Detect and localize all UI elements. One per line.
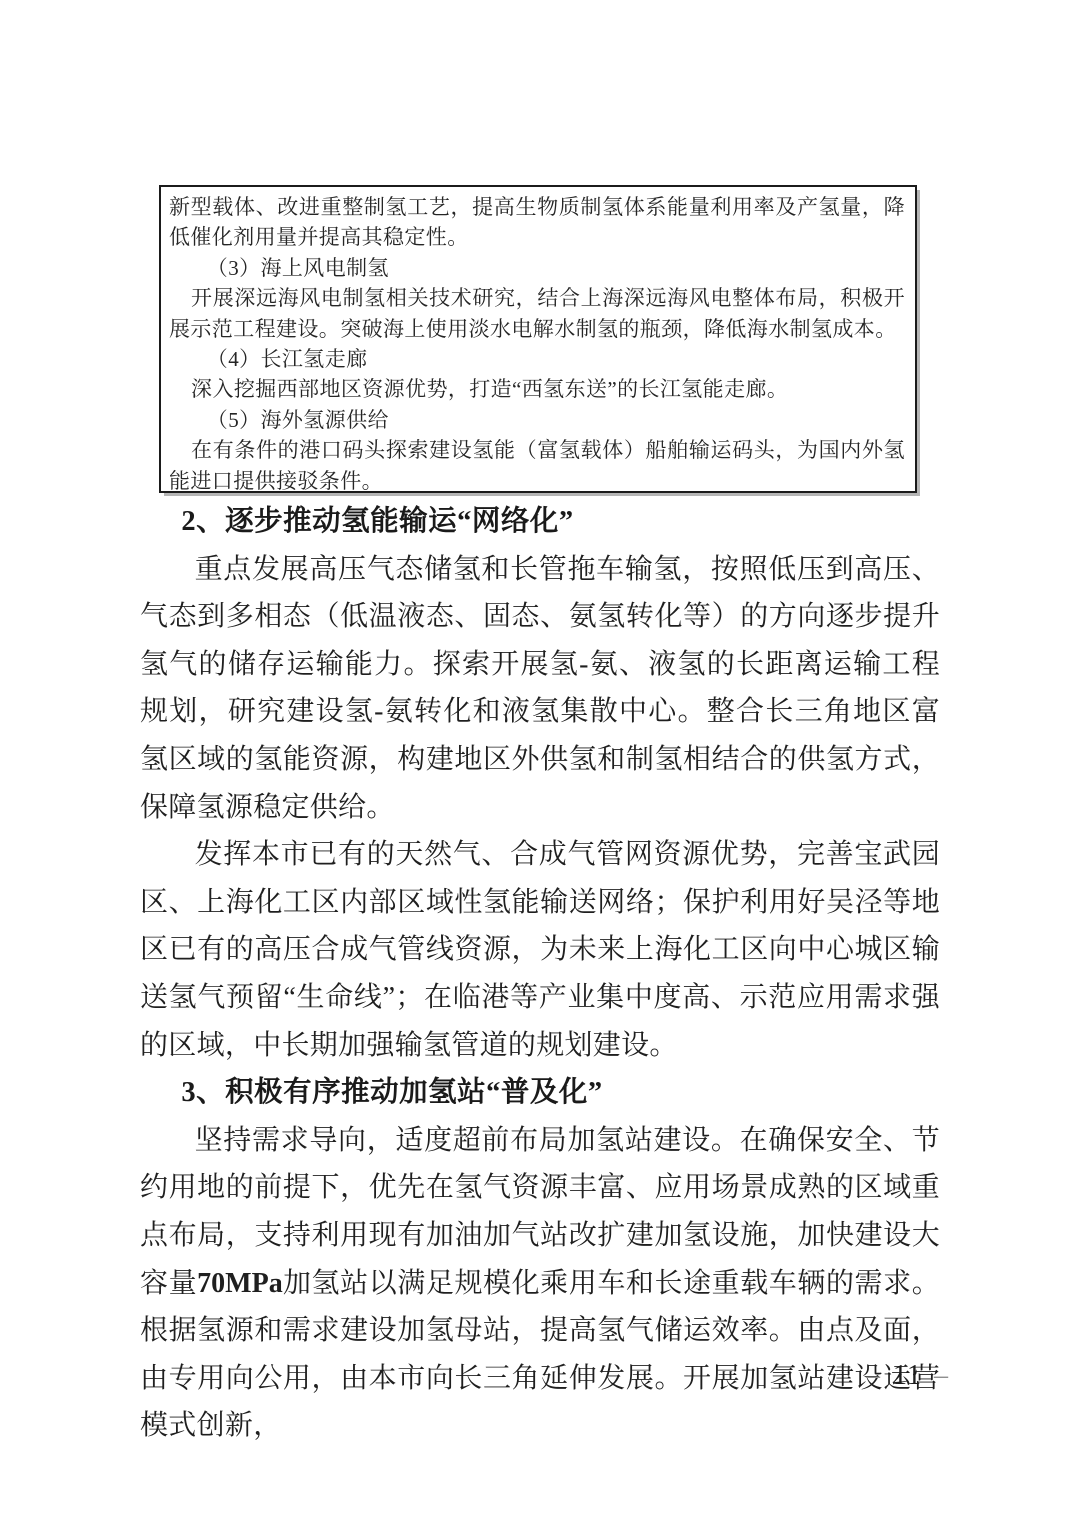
- callout-subitem-5-body: 在有条件的港口码头探索建设氢能（富氢载体）船舶输运码头，为国内外氢能进口提供接驳…: [169, 435, 905, 496]
- page-number-dash-left: –: [866, 1360, 881, 1391]
- callout-paragraph-continuation: 新型载体、改进重整制氢工艺，提高生物质制氢体系能量利用率及产氢量，降低催化剂用量…: [169, 192, 905, 253]
- document-body: 2、逐步推动氢能输运“网络化” 重点发展高压气态储氢和长管拖车输氢，按照低压到高…: [140, 498, 940, 1450]
- page-number-value: 11: [893, 1360, 922, 1391]
- page-number: –11–: [866, 1360, 949, 1392]
- document-page: 新型载体、改进重整制氢工艺，提高生物质制氢体系能量利用率及产氢量，降低催化剂用量…: [0, 0, 1080, 1527]
- section-2-paragraph-1: 重点发展高压气态储氢和长管拖车输氢，按照低压到高压、气态到多相态（低温液态、固态…: [140, 546, 940, 832]
- bold-70mpa-value: 70MPa: [197, 1268, 283, 1299]
- section-2-paragraph-2: 发挥本市已有的天然气、合成气管网资源优势，完善宝武园区、上海化工区内部区域性氢能…: [140, 831, 940, 1069]
- callout-subitem-5-heading: （5）海外氢源供给: [169, 405, 905, 435]
- page-number-dash-right: –: [934, 1360, 949, 1391]
- boxed-callout: 新型载体、改进重整制氢工艺，提高生物质制氢体系能量利用率及产氢量，降低催化剂用量…: [159, 185, 917, 493]
- section-3-paragraph-1: 坚持需求导向，适度超前布局加氢站建设。在确保安全、节约用地的前提下，优先在氢气资…: [140, 1117, 940, 1450]
- callout-subitem-4-body: 深入挖掘西部地区资源优势，打造“西氢东送”的长江氢能走廊。: [169, 374, 905, 404]
- callout-subitem-3-heading: （3）海上风电制氢: [169, 253, 905, 283]
- callout-subitem-3-body: 开展深远海风电制氢相关技术研究，结合上海深远海风电整体布局，积极开展示范工程建设…: [169, 283, 905, 344]
- callout-subitem-4-heading: （4）长江氢走廊: [169, 344, 905, 374]
- section-2-heading: 2、逐步推动氢能输运“网络化”: [140, 498, 940, 546]
- section-3-heading: 3、积极有序推动加氢站“普及化”: [140, 1069, 940, 1117]
